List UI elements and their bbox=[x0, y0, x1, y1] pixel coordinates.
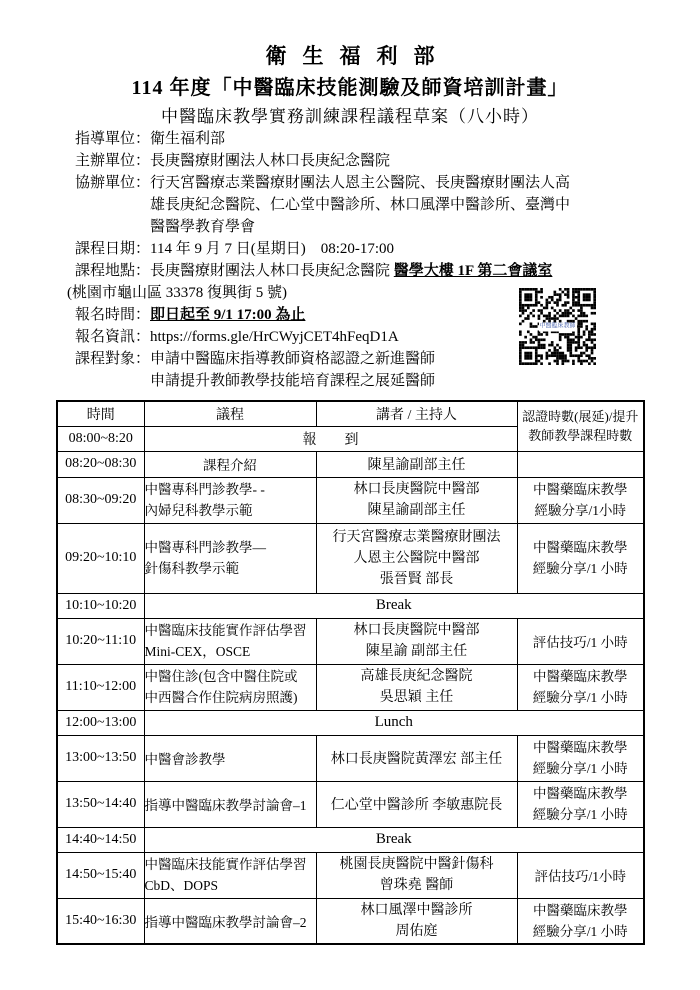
table-row: 14:50~15:40 中醫臨床技能實作評估學習 CbD、DOPS 桃園長庚醫院… bbox=[57, 852, 644, 898]
hours-line: 經驗分享/1 小時 bbox=[518, 758, 644, 779]
hours-cell: 中醫藥臨床教學 經驗分享/1 小時 bbox=[517, 523, 644, 593]
info-line-address: (桃園市龜山區 33378 復興街 5 號) bbox=[67, 282, 570, 304]
lunch-cell: Lunch bbox=[144, 710, 644, 735]
time-cell: 13:50~14:40 bbox=[57, 781, 144, 827]
agenda-line: 中西醫合作住院病房照護) bbox=[145, 687, 316, 708]
coorganizer-value: 行天宮醫療志業醫療財團法人恩主公醫院、長庚醫療財團法人高 bbox=[150, 175, 570, 191]
table-row: 10:10~10:20 Break bbox=[57, 593, 644, 618]
ministry-title: 衛生福利部 bbox=[0, 40, 700, 70]
schedule-table: 時間 議程 講者 / 主持人 認證時數(展延)/提升 教師教學課程時數 08:0… bbox=[56, 400, 645, 945]
hours-line: 經驗分享/1 小時 bbox=[518, 804, 644, 825]
table-row: 12:00~13:00 Lunch bbox=[57, 710, 644, 735]
speaker-line: 林口長庚醫院中醫部 bbox=[317, 620, 517, 641]
hours-line: 中醫藥臨床教學 bbox=[518, 900, 644, 921]
header-speaker: 講者 / 主持人 bbox=[316, 401, 517, 426]
deadline-value: 即日起至 9/1 17:00 為止 bbox=[150, 307, 305, 323]
hours-line: 中醫藥臨床教學 bbox=[518, 479, 644, 500]
agenda-cell: 中醫專科門診教學- - 內婦兒科教學示範 bbox=[144, 477, 316, 523]
header-agenda: 議程 bbox=[144, 401, 316, 426]
table-row: 11:10~12:00 中醫住診(包含中醫住院或 中西醫合作住院病房照護) 高雄… bbox=[57, 664, 644, 710]
program-title: 114 年度「中醫臨床技能測驗及師資培訓計畫」 bbox=[0, 71, 700, 100]
hours-line: 經驗分享/1 小時 bbox=[518, 921, 644, 942]
registration-url[interactable]: https://forms.gle/HrCWyjCET4hFeqD1A bbox=[150, 329, 399, 345]
info-line-location: 課程地點：長庚醫療財團法人林口長庚紀念醫院 醫學大樓 1F 第二會議室 bbox=[75, 260, 570, 282]
time-cell: 10:20~11:10 bbox=[57, 618, 144, 664]
deadline-label: 報名時間： bbox=[75, 307, 150, 323]
hours-cell: 中醫藥臨床教學 經驗分享/1 小時 bbox=[517, 898, 644, 944]
time-cell: 08:30~09:20 bbox=[57, 477, 144, 523]
qr-center-label: 中醫臨床教師 bbox=[538, 322, 576, 331]
table-row: 09:20~10:10 中醫專科門診教學— 針傷科教學示範 行天宮醫療志業醫療財… bbox=[57, 523, 644, 593]
time-cell: 10:10~10:20 bbox=[57, 593, 144, 618]
date-value: 114 年 9 月 7 日(星期日) 08:20-17:00 bbox=[150, 241, 394, 257]
agenda-line: 針傷科教學示範 bbox=[145, 558, 316, 579]
table-row: 14:40~14:50 Break bbox=[57, 827, 644, 852]
course-info-block: 指導單位：衛生福利部 主辦單位：長庚醫療財團法人林口長庚紀念醫院 協辦單位：行天… bbox=[75, 128, 570, 392]
hours-cell: 中醫藥臨床教學 經驗分享/1 小時 bbox=[517, 781, 644, 827]
info-line-date: 課程日期：114 年 9 月 7 日(星期日) 08:20-17:00 bbox=[75, 238, 570, 260]
audience-value: 申請中醫臨床指導教師資格認證之新進醫師 bbox=[150, 351, 435, 367]
hours-cell: 評估技巧/1 小時 bbox=[517, 618, 644, 664]
speaker-line: 曾珠堯 醫師 bbox=[317, 875, 517, 896]
speaker-line: 吳思穎 主任 bbox=[317, 687, 517, 708]
time-cell: 08:20~08:30 bbox=[57, 451, 144, 477]
speaker-line: 人恩主公醫院中醫部 bbox=[317, 548, 517, 569]
time-cell: 13:00~13:50 bbox=[57, 735, 144, 781]
info-line-audience-cont: 申請提升教師教學技能培育課程之展延醫師 bbox=[75, 370, 570, 392]
header-hours: 認證時數(展延)/提升 教師教學課程時數 bbox=[517, 401, 644, 451]
table-row: 13:50~14:40 指導中醫臨床教學討論會–1 仁心堂中醫診所 李敏惠院長 … bbox=[57, 781, 644, 827]
speaker-line: 周佑庭 bbox=[317, 921, 517, 942]
info-line-audience: 課程對象：申請中醫臨床指導教師資格認證之新進醫師 bbox=[75, 348, 570, 370]
registration-label: 報名資訊： bbox=[75, 329, 150, 345]
break-cell: Break bbox=[144, 593, 644, 618]
course-subtitle: 中醫臨床教學實務訓練課程議程草案（八小時） bbox=[0, 102, 700, 127]
hours-line: 中醫藥臨床教學 bbox=[518, 537, 644, 558]
agenda-cell: 中醫臨床技能實作評估學習 CbD、DOPS bbox=[144, 852, 316, 898]
supervisor-label: 指導單位： bbox=[75, 131, 150, 147]
agenda-line: 中醫專科門診教學- - bbox=[145, 479, 316, 500]
info-line-coorganizer: 協辦單位：行天宮醫療志業醫療財團法人恩主公醫院、長庚醫療財團法人高 bbox=[75, 172, 570, 194]
speaker-line: 桃園長庚醫院中醫針傷科 bbox=[317, 854, 517, 875]
speaker-line: 行天宮醫療志業醫療財團法 bbox=[317, 527, 517, 548]
coorganizer-label: 協辦單位： bbox=[75, 175, 150, 191]
info-line-supervisor: 指導單位：衛生福利部 bbox=[75, 128, 570, 150]
hours-line: 中醫藥臨床教學 bbox=[518, 666, 644, 687]
speaker-cell: 林口風澤中醫診所 周佑庭 bbox=[316, 898, 517, 944]
location-room: 醫學大樓 1F 第二會議室 bbox=[394, 263, 553, 279]
hours-cell: 中醫藥臨床教學 經驗分享/1 小時 bbox=[517, 664, 644, 710]
header-hours-line: 教師教學課程時數 bbox=[518, 426, 644, 445]
agenda-line: 中醫臨床技能實作評估學習 bbox=[145, 620, 316, 641]
audience-label: 課程對象： bbox=[75, 351, 150, 367]
agenda-line: 中醫臨床技能實作評估學習 bbox=[145, 854, 316, 875]
time-cell: 09:20~10:10 bbox=[57, 523, 144, 593]
speaker-line: 高雄長庚紀念醫院 bbox=[317, 666, 517, 687]
organizer-label: 主辦單位： bbox=[75, 153, 150, 169]
speaker-cell: 高雄長庚紀念醫院 吳思穎 主任 bbox=[316, 664, 517, 710]
hours-cell bbox=[517, 451, 644, 477]
info-line-coorganizer-cont1: 雄長庚紀念醫院、仁心堂中醫診所、林口風澤中醫診所、臺灣中 bbox=[75, 194, 570, 216]
hours-cell: 中醫藥臨床教學 經驗分享/1小時 bbox=[517, 477, 644, 523]
agenda-line: 內婦兒科教學示範 bbox=[145, 500, 316, 521]
table-row: 08:30~09:20 中醫專科門診教學- - 內婦兒科教學示範 林口長庚醫院中… bbox=[57, 477, 644, 523]
hours-cell: 中醫藥臨床教學 經驗分享/1 小時 bbox=[517, 735, 644, 781]
agenda-line: CbD、DOPS bbox=[145, 875, 316, 896]
hours-line: 經驗分享/1小時 bbox=[518, 500, 644, 521]
info-line-deadline: 報名時間：即日起至 9/1 17:00 為止 bbox=[75, 304, 570, 326]
agenda-line: Mini-CEX，OSCE bbox=[145, 641, 316, 662]
break-cell: Break bbox=[144, 827, 644, 852]
speaker-line: 陳星諭副部主任 bbox=[317, 500, 517, 521]
speaker-cell: 林口長庚醫院中醫部 陳星諭 副部主任 bbox=[316, 618, 517, 664]
speaker-cell: 仁心堂中醫診所 李敏惠院長 bbox=[316, 781, 517, 827]
header-time: 時間 bbox=[57, 401, 144, 426]
location-value: 長庚醫療財團法人林口長庚紀念醫院 bbox=[150, 263, 394, 279]
info-line-organizer: 主辦單位：長庚醫療財團法人林口長庚紀念醫院 bbox=[75, 150, 570, 172]
agenda-cell: 中醫專科門診教學— 針傷科教學示範 bbox=[144, 523, 316, 593]
agenda-cell: 中醫會診教學 bbox=[144, 735, 316, 781]
speaker-line: 張晉賢 部長 bbox=[317, 569, 517, 590]
speaker-cell: 行天宮醫療志業醫療財團法 人恩主公醫院中醫部 張晉賢 部長 bbox=[316, 523, 517, 593]
speaker-line: 陳星諭 副部主任 bbox=[317, 641, 517, 662]
table-row: 08:20~08:30 課程介紹 陳星諭副部主任 bbox=[57, 451, 644, 477]
time-cell: 12:00~13:00 bbox=[57, 710, 144, 735]
info-line-coorganizer-cont2: 醫醫學教育學會 bbox=[75, 216, 570, 238]
info-line-registration: 報名資訊：https://forms.gle/HrCWyjCET4hFeqD1A bbox=[75, 326, 570, 348]
time-cell: 08:00~8:20 bbox=[57, 426, 144, 451]
speaker-line: 林口長庚醫院中醫部 bbox=[317, 479, 517, 500]
table-header-row: 時間 議程 講者 / 主持人 認證時數(展延)/提升 教師教學課程時數 bbox=[57, 401, 644, 426]
checkin-cell: 報 到 bbox=[144, 426, 517, 451]
agenda-line: 中醫專科門診教學— bbox=[145, 537, 316, 558]
table-row: 13:00~13:50 中醫會診教學 林口長庚醫院黃澤宏 部主任 中醫藥臨床教學… bbox=[57, 735, 644, 781]
location-label: 課程地點： bbox=[75, 263, 150, 279]
time-cell: 14:40~14:50 bbox=[57, 827, 144, 852]
agenda-line: 中醫住診(包含中醫住院或 bbox=[145, 666, 316, 687]
speaker-cell: 桃園長庚醫院中醫針傷科 曾珠堯 醫師 bbox=[316, 852, 517, 898]
agenda-cell: 指導中醫臨床教學討論會–2 bbox=[144, 898, 316, 944]
hours-line: 經驗分享/1 小時 bbox=[518, 687, 644, 708]
hours-cell: 評估技巧/1小時 bbox=[517, 852, 644, 898]
organizer-value: 長庚醫療財團法人林口長庚紀念醫院 bbox=[150, 153, 390, 169]
agenda-cell: 中醫住診(包含中醫住院或 中西醫合作住院病房照護) bbox=[144, 664, 316, 710]
speaker-cell: 陳星諭副部主任 bbox=[316, 451, 517, 477]
agenda-cell: 課程介紹 bbox=[144, 451, 316, 477]
speaker-cell: 林口長庚醫院黃澤宏 部主任 bbox=[316, 735, 517, 781]
speaker-cell: 林口長庚醫院中醫部 陳星諭副部主任 bbox=[316, 477, 517, 523]
header-hours-line: 認證時數(展延)/提升 bbox=[518, 407, 644, 426]
time-cell: 14:50~15:40 bbox=[57, 852, 144, 898]
time-cell: 11:10~12:00 bbox=[57, 664, 144, 710]
hours-line: 中醫藥臨床教學 bbox=[518, 783, 644, 804]
supervisor-value: 衛生福利部 bbox=[150, 131, 225, 147]
time-cell: 15:40~16:30 bbox=[57, 898, 144, 944]
hours-line: 中醫藥臨床教學 bbox=[518, 737, 644, 758]
document-page: 衛生福利部 114 年度「中醫臨床技能測驗及師資培訓計畫」 中醫臨床教學實務訓練… bbox=[0, 0, 700, 990]
agenda-cell: 指導中醫臨床教學討論會–1 bbox=[144, 781, 316, 827]
table-row: 10:20~11:10 中醫臨床技能實作評估學習 Mini-CEX，OSCE 林… bbox=[57, 618, 644, 664]
hours-line: 經驗分享/1 小時 bbox=[518, 558, 644, 579]
table-row: 15:40~16:30 指導中醫臨床教學討論會–2 林口風澤中醫診所 周佑庭 中… bbox=[57, 898, 644, 944]
qr-code: 中醫臨床教師 bbox=[519, 288, 596, 365]
speaker-line: 林口風澤中醫診所 bbox=[317, 900, 517, 921]
agenda-cell: 中醫臨床技能實作評估學習 Mini-CEX，OSCE bbox=[144, 618, 316, 664]
date-label: 課程日期： bbox=[75, 241, 150, 257]
